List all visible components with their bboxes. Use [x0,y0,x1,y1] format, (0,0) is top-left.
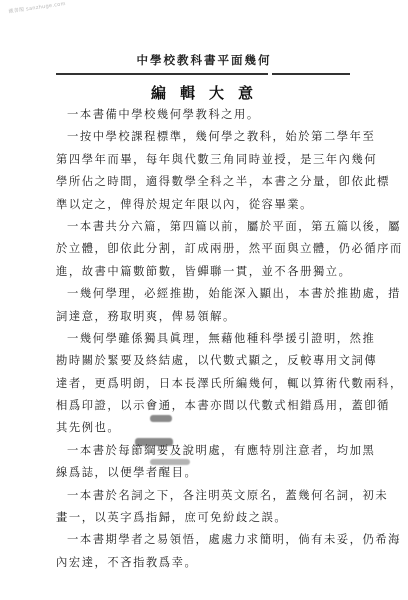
paragraph-line: 於立體，卽依此分割，訂成兩册，然平面與立體，仍必循序而 [56,238,352,260]
paragraph-line: 詞達意，務取明爽，俾易領解。 [56,306,352,328]
paragraph-line: 畫一，以英字爲指歸，庶可免紛歧之誤。 [56,507,352,529]
paragraph-line: 勘時關於緊要及終結處，以代數式顯之，反較專用文詞傳 [56,350,352,372]
header-rule-segment [272,73,350,75]
watermark-text: 藏書閣 sanzhuge.com [8,0,66,15]
paragraph-line: 學所佔之時間，適得數學全科之半，本書之分量，卽依此標 [56,171,352,193]
paragraph-line: 線爲誌，以便學者醒目。 [56,462,352,484]
paragraph-line: 一本書期學者之易領悟，處處力求簡明，倘有未妥，仍希海 [56,529,352,551]
paragraph-line: 一本書於名詞之下，各注明英文原名，蓋幾何名詞，初未 [56,485,352,507]
paragraph-line: 準以定之，俾得於規定年限以內，從容畢業。 [56,194,352,216]
paragraph-line: 一本書共分六篇，第四篇以前，屬於平面，第五篇以後，屬 [56,216,352,238]
ink-smudge [150,415,172,422]
document-body: 一本書備中學校幾何學教科之用。 一按中學校課程標準，幾何學之教科，始於第二學年至… [56,104,352,574]
paragraph-line: 達者，更爲明朗，日本長澤氏所編幾何，輒以算術代數兩科， [56,373,352,395]
paragraph-line: 相爲印證，以示會通，本書亦間以代數式相錯爲用，蓋卽循 [56,395,352,417]
paragraph-line: 其先例也。 [56,417,352,439]
paragraph-line: 進，故書中篇數節數，皆蟬聯一貫，並不各册獨立。 [56,261,352,283]
ink-smudge [150,459,190,465]
paragraph-line: 一本書備中學校幾何學教科之用。 [56,104,352,126]
section-title: 編輯大意 [0,82,408,103]
paragraph-line: 一本書於每節綱要及說明處，有應特別注意者，均加黑 [56,440,352,462]
paragraph-line: 一按中學校課程標準，幾何學之教科，始於第二學年至 [56,126,352,148]
paragraph-line: 一幾何學理，必經推勘，始能深入顯出，本書於推勘處，措 [56,283,352,305]
running-head: 中學校教科書平面幾何 [0,52,408,68]
ink-smudge [135,438,173,446]
paragraph-line: 第四學年而畢，每年與代數三角同時並授，是三年內幾何 [56,149,352,171]
paragraph-line: 內宏達，不吝指教爲幸。 [56,552,352,574]
paragraph-line: 一幾何學雖係獨具眞理，無藉他種科學援引證明，然推 [56,328,352,350]
header-rule [56,73,268,75]
